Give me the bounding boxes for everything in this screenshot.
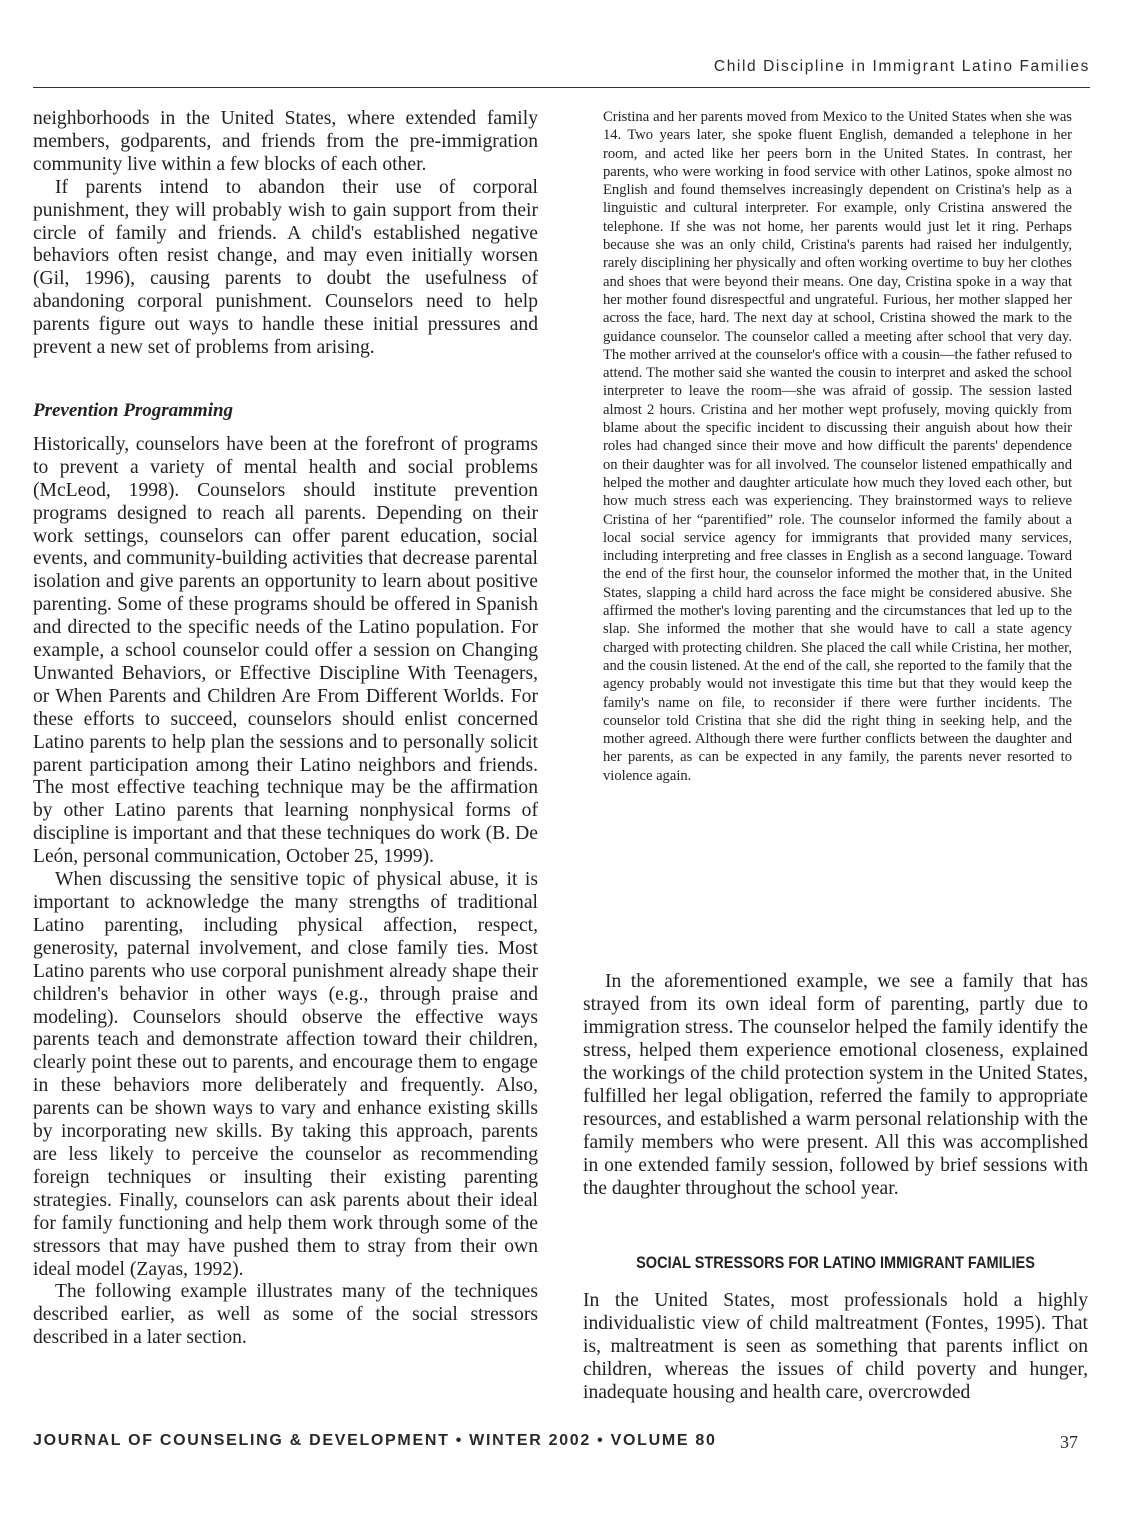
journal-footer: JOURNAL OF COUNSELING & DEVELOPMENT • WI… <box>33 1432 717 1450</box>
paragraph: If parents intend to abandon their use o… <box>33 177 538 360</box>
paragraph: When discussing the sensitive topic of p… <box>33 869 538 1281</box>
header-rule <box>33 87 1090 88</box>
paragraph: In the aforementioned example, we see a … <box>583 970 1088 1200</box>
paragraph: The following example illustrates many o… <box>33 1281 538 1350</box>
page-number: 37 <box>1060 1432 1078 1453</box>
running-head: Child Discipline in Immigrant Latino Fam… <box>560 58 1090 76</box>
right-column: In the aforementioned example, we see a … <box>583 970 1088 1404</box>
paragraph: neighborhoods in the United States, wher… <box>33 108 538 177</box>
paragraph: Historically, counselors have been at th… <box>33 434 538 869</box>
case-example: Cristina and her parents moved from Mexi… <box>603 108 1072 785</box>
left-column: neighborhoods in the United States, wher… <box>33 108 538 1350</box>
section-heading: SOCIAL STRESSORS FOR LATINO IMMIGRANT FA… <box>613 1252 1057 1275</box>
paragraph: In the United States, most professionals… <box>583 1289 1088 1404</box>
subheading: Prevention Programming <box>33 400 538 423</box>
